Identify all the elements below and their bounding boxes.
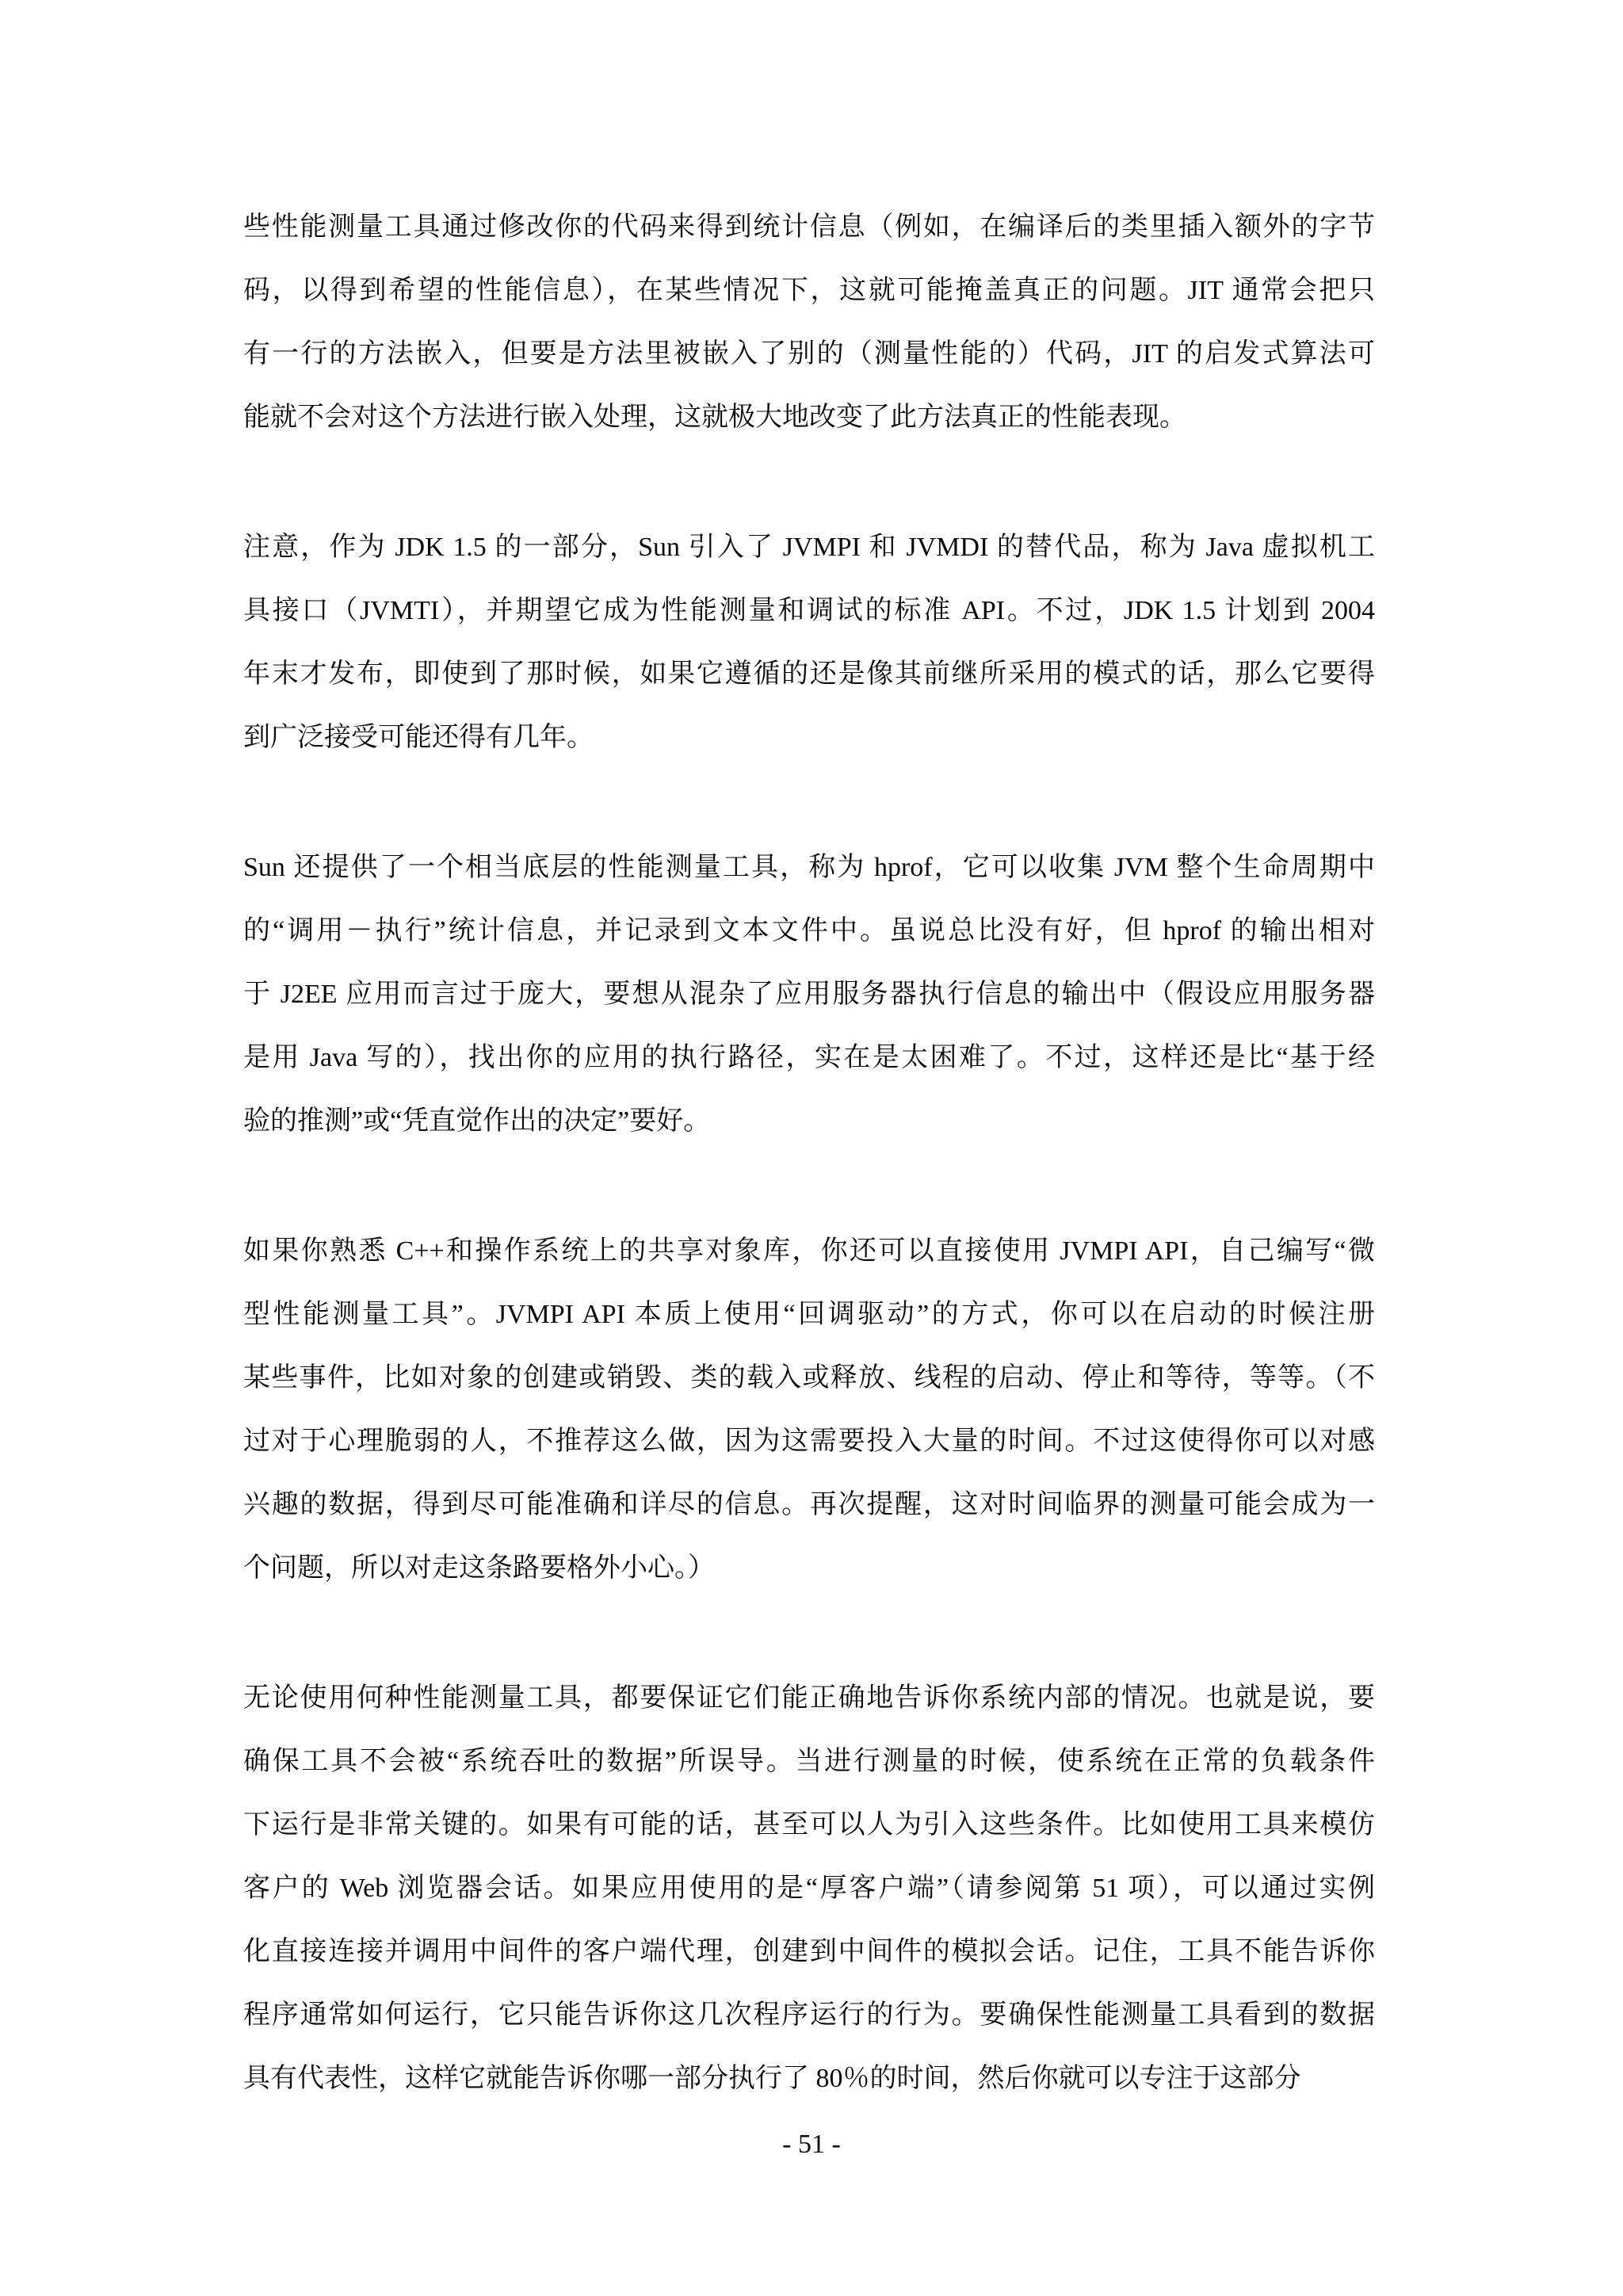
text-line: 程序通常如何运行，它只能告诉你这几次程序运行的行为。要确保性能测量工具看到的数据 [243, 1984, 1375, 2047]
text-line: 某些事件，比如对象的创建或销毁、类的载入或释放、线程的启动、停止和等待，等等。（… [243, 1347, 1375, 1410]
text-line: 具有代表性，这样它就能告诉你哪一部分执行了 80％的时间，然后你就可以专注于这部… [243, 2047, 1375, 2111]
document-body: 些性能测量工具通过修改你的代码来得到统计信息（例如，在编译后的类里插入额外的字节… [243, 196, 1375, 2177]
text-line: 型性能测量工具”。JVMPI API 本质上使用“回调驱动”的方式，你可以在启动… [243, 1283, 1375, 1347]
text-line: 些性能测量工具通过修改你的代码来得到统计信息（例如，在编译后的类里插入额外的字节 [243, 196, 1375, 259]
text-line: 兴趣的数据，得到尽可能准确和详尽的信息。再次提醒，这对时间临界的测量可能会成为一 [243, 1473, 1375, 1537]
text-line: 客户的 Web 浏览器会话。如果应用使用的是“厚客户端”（请参阅第 51 项），… [243, 1857, 1375, 1920]
text-line: 无论使用何种性能测量工具，都要保证它们能正确地告诉你系统内部的情况。也就是说，要 [243, 1667, 1375, 1730]
text-line: 能就不会对这个方法进行嵌入处理，这就极大地改变了此方法真正的性能表现。 [243, 386, 1375, 449]
text-line: 注意，作为 JDK 1.5 的一部分，Sun 引入了 JVMPI 和 JVMDI… [243, 516, 1375, 579]
page-number: - 51 - [0, 2129, 1623, 2160]
text-line: 个问题，所以对走这条路要格外小心。） [243, 1537, 1375, 1600]
text-line: 到广泛接受可能还得有几年。 [243, 706, 1375, 770]
paragraph: 无论使用何种性能测量工具，都要保证它们能正确地告诉你系统内部的情况。也就是说，要… [243, 1667, 1375, 2111]
text-line: 是用 Java 写的），找出你的应用的执行路径，实在是太困难了。不过，这样还是比… [243, 1026, 1375, 1090]
text-line: 如果你熟悉 C++和操作系统上的共享对象库，你还可以直接使用 JVMPI API… [243, 1220, 1375, 1283]
paragraph: 些性能测量工具通过修改你的代码来得到统计信息（例如，在编译后的类里插入额外的字节… [243, 196, 1375, 449]
text-line: 化直接连接并调用中间件的客户端代理，创建到中间件的模拟会话。记住，工具不能告诉你 [243, 1920, 1375, 1984]
text-line: 于 J2EE 应用而言过于庞大，要想从混杂了应用服务器执行信息的输出中（假设应用… [243, 963, 1375, 1026]
text-line: 验的推测”或“凭直觉作出的决定”要好。 [243, 1090, 1375, 1153]
text-line: 过对于心理脆弱的人，不推荐这么做，因为这需要投入大量的时间。不过这使得你可以对感 [243, 1410, 1375, 1473]
text-line: 码，以得到希望的性能信息），在某些情况下，这就可能掩盖真正的问题。JIT 通常会… [243, 259, 1375, 323]
text-line: 下运行是非常关键的。如果有可能的话，甚至可以人为引入这些条件。比如使用工具来模仿 [243, 1794, 1375, 1857]
paragraph: 如果你熟悉 C++和操作系统上的共享对象库，你还可以直接使用 JVMPI API… [243, 1220, 1375, 1600]
text-line: Sun 还提供了一个相当底层的性能测量工具，称为 hprof，它可以收集 JVM… [243, 836, 1375, 900]
paragraph: Sun 还提供了一个相当底层的性能测量工具，称为 hprof，它可以收集 JVM… [243, 836, 1375, 1153]
text-line: 年末才发布，即使到了那时候，如果它遵循的还是像其前继所采用的模式的话，那么它要得 [243, 643, 1375, 706]
text-line: 具接口（JVMTI），并期望它成为性能测量和调试的标准 API。不过，JDK 1… [243, 579, 1375, 643]
document-page: 些性能测量工具通过修改你的代码来得到统计信息（例如，在编译后的类里插入额外的字节… [0, 0, 1623, 2296]
text-line: 的“调用－执行”统计信息，并记录到文本文件中。虽说总比没有好，但 hprof 的… [243, 900, 1375, 963]
text-line: 有一行的方法嵌入，但要是方法里被嵌入了别的（测量性能的）代码，JIT 的启发式算… [243, 323, 1375, 386]
text-line: 确保工具不会被“系统吞吐的数据”所误导。当进行测量的时候，使系统在正常的负载条件 [243, 1730, 1375, 1794]
paragraph: 注意，作为 JDK 1.5 的一部分，Sun 引入了 JVMPI 和 JVMDI… [243, 516, 1375, 770]
